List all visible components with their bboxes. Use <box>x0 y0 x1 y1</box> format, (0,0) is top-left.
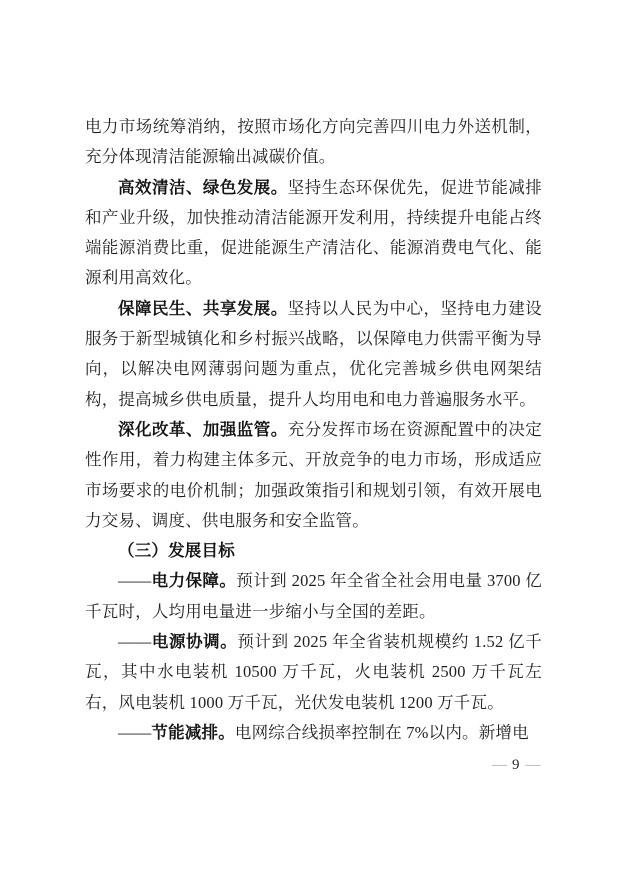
paragraph-text: 电力市场统筹消纳，按照市场化方向完善四川电力外送机制，充分体现清洁能源输出减碳价… <box>85 117 542 166</box>
em-dash: —— <box>118 632 151 651</box>
paragraph-livelihood: 保障民生、共享发展。坚持以人民为中心，坚持电力建设服务于新型城镇化和乡村振兴战略… <box>85 294 542 415</box>
document-body: 电力市场统筹消纳，按照市场化方向完善四川电力外送机制，充分体现清洁能源输出减碳价… <box>85 112 542 748</box>
em-dash: —— <box>118 571 151 590</box>
footer-page-number: 9 <box>512 757 520 774</box>
em-dash: —— <box>118 723 151 742</box>
section-heading-development-goals: （三）发展目标 <box>85 536 542 566</box>
paragraph-lead: 高效清洁、绿色发展。 <box>118 178 288 197</box>
paragraph-lead: 电力保障。 <box>151 571 236 590</box>
page-footer: — 9 — <box>0 757 620 779</box>
footer-right-dash: — <box>526 757 540 774</box>
paragraph-power-source: ——电源协调。预计到 2025 年全省装机规模约 1.52 亿千瓦，其中水电装机… <box>85 627 542 718</box>
paragraph-green-development: 高效清洁、绿色发展。坚持生态环保优先，促进节能减排和产业升级，加快推动清洁能源开… <box>85 173 542 294</box>
paragraph-lead: 节能减排。 <box>151 723 235 742</box>
paragraph-lead: 保障民生、共享发展。 <box>118 299 288 318</box>
paragraph-lead: 深化改革、加强监管。 <box>118 420 288 439</box>
paragraph-continuation: 电力市场统筹消纳，按照市场化方向完善四川电力外送机制，充分体现清洁能源输出减碳价… <box>85 112 542 173</box>
paragraph-lead: 电源协调。 <box>151 632 237 651</box>
section-heading-text: （三）发展目标 <box>118 541 235 560</box>
paragraph-energy-saving: ——节能减排。电网综合线损率控制在 7%以内。新增电 <box>85 718 542 748</box>
page-number: — 9 — <box>492 757 540 774</box>
footer-left-dash: — <box>492 757 506 774</box>
paragraph-text: 电网综合线损率控制在 7%以内。新增电 <box>235 723 529 742</box>
paragraph-power-guarantee: ——电力保障。预计到 2025 年全省全社会用电量 3700 亿千瓦时，人均用电… <box>85 566 542 627</box>
document-page: 电力市场统筹消纳，按照市场化方向完善四川电力外送机制，充分体现清洁能源输出减碳价… <box>0 0 620 876</box>
paragraph-reform: 深化改革、加强监管。充分发挥市场在资源配置中的决定性作用，着力构建主体多元、开放… <box>85 415 542 536</box>
